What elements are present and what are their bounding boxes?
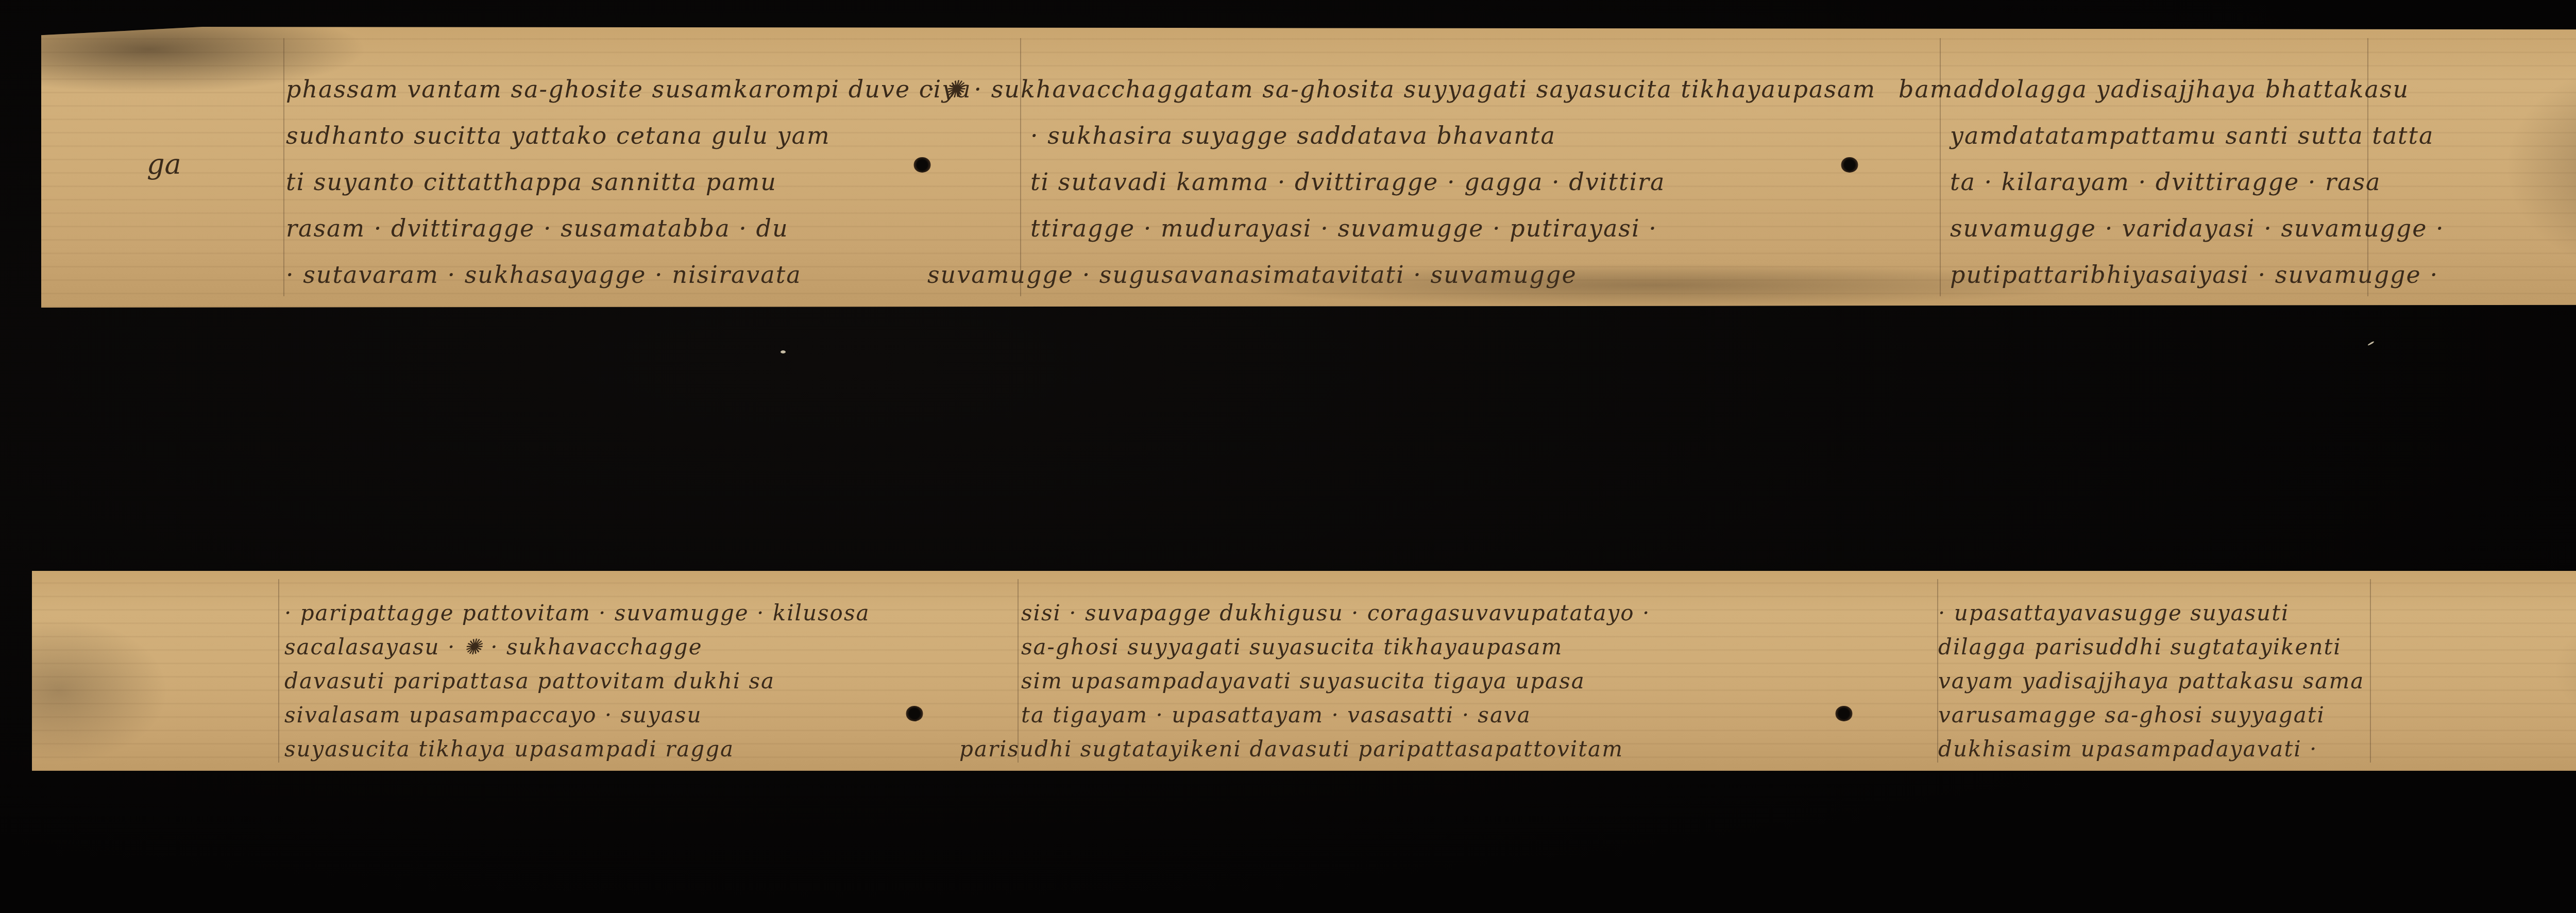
text-line: sivalasam upasampaccayo · suyasu bbox=[284, 704, 1006, 726]
text-column-2: sisi · suvapagge dukhigusu · coragasuvav… bbox=[1021, 602, 1928, 760]
text-line: dilagga parisuddhi sugtatayikenti bbox=[1938, 636, 2381, 658]
text-column-3: · upasattayavasugge suyasuti dilagga par… bbox=[1938, 602, 2381, 760]
text-line: varusamagge sa-ghosi suyyagati bbox=[1938, 704, 2381, 726]
text-line: davasuti paripattasa pattovitam dukhi sa bbox=[284, 670, 1006, 692]
text-line: ti suyanto cittatthappa sannitta pamu bbox=[286, 168, 904, 195]
text-line: vayam yadisajjhaya pattakasu sama bbox=[1938, 670, 2381, 692]
palm-leaf-top: ga phassam vantam sa-ghosite susamkaromp… bbox=[41, 27, 2576, 308]
text-line: · sukhasira suyagge saddatava bhavanta bbox=[927, 122, 1932, 149]
text-line: · sutavaram · sukhasayagge · nisiravata bbox=[286, 261, 904, 288]
text-line: sudhanto sucitta yattako cetana gulu yam bbox=[286, 122, 904, 149]
text-column-3: bamaddolagga yadisajjhaya bhattakasu yam… bbox=[1950, 76, 2414, 288]
folio-number: ga bbox=[147, 148, 181, 180]
text-line: phassam vantam sa-ghosite susamkarompi d… bbox=[286, 76, 904, 103]
dust-speck bbox=[781, 350, 786, 353]
text-line: sisi · suvapagge dukhigusu · coragasuvav… bbox=[1021, 602, 1928, 624]
text-line: putipattaribhiyasaiyasi · suvamugge · bbox=[1950, 261, 2414, 288]
text-line: suvamugge · sugusavanasimatavitati · suv… bbox=[927, 261, 1932, 288]
column-rule bbox=[278, 579, 279, 763]
text-line: ti sutavadi kamma · dvittiragge · gagga … bbox=[927, 168, 1932, 195]
text-line: sa-ghosi suyyagati suyasucita tikhayaupa… bbox=[1021, 636, 1928, 658]
text-line: suyasucita tikhaya upasampadi ragga bbox=[284, 738, 1006, 760]
text-line: dukhisasim upasampadayavati · bbox=[1938, 738, 2381, 760]
text-line: suvamugge · varidayasi · suvamugge · bbox=[1950, 215, 2414, 242]
text-line: rasam · dvittiragge · susamatabba · du bbox=[286, 215, 904, 242]
column-rule bbox=[283, 38, 284, 296]
text-line: sacalasayasu · ✺ · sukhavacchagge bbox=[284, 636, 1006, 658]
text-line: sim upasampadayavati suyasucita tigaya u… bbox=[1021, 670, 1928, 692]
text-line: · upasattayavasugge suyasuti bbox=[1938, 602, 2381, 624]
text-column-1: · paripattagge pattovitam · suvamugge · … bbox=[284, 602, 1006, 760]
text-line: ta tigayam · upasattayam · vasasatti · s… bbox=[1021, 704, 1928, 726]
text-column-1: phassam vantam sa-ghosite susamkarompi d… bbox=[286, 76, 904, 288]
text-line: · paripattagge pattovitam · suvamugge · … bbox=[284, 602, 1006, 624]
text-line: parisudhi sugtatayikeni davasuti paripat… bbox=[959, 738, 1928, 760]
text-line: ttiragge · mudurayasi · suvamugge · puti… bbox=[927, 215, 1932, 242]
column-rule bbox=[1018, 579, 1019, 763]
text-line: bamaddolagga yadisajjhaya bhattakasu bbox=[1899, 76, 2414, 103]
text-line: ta · kilarayam · dvittiragge · rasa bbox=[1950, 168, 2414, 195]
text-line: yamdatatampattamu santi sutta tatta bbox=[1950, 122, 2414, 149]
text-line: · ✺ · sukhavacchaggatam sa-ghosita suyya… bbox=[927, 76, 1932, 103]
text-column-2: · ✺ · sukhavacchaggatam sa-ghosita suyya… bbox=[927, 76, 1932, 288]
palm-leaf-bottom: · paripattagge pattovitam · suvamugge · … bbox=[32, 571, 2576, 771]
